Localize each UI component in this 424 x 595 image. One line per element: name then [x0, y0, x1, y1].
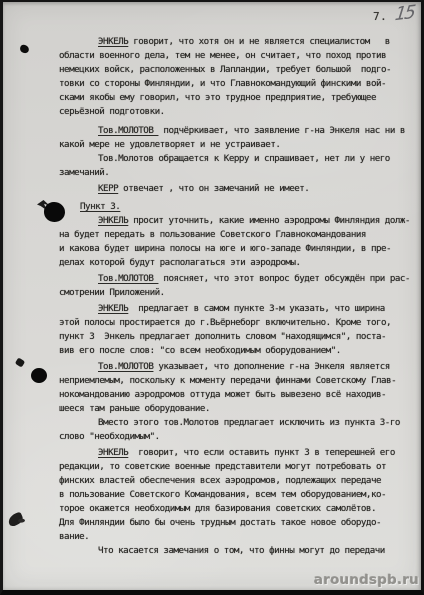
speaker-name: ЭНКЕЛЬ	[98, 215, 128, 226]
speaker-name: ЭНКЕЛЬ	[98, 36, 128, 47]
speaker-name: ЭНКЕЛЬ	[98, 303, 128, 314]
watermark: aroundspb.ru	[314, 572, 419, 588]
paragraph: КЕРР отвечает , что он замечаний не имее…	[59, 182, 413, 196]
paragraph: ЭНКЕЛЬ говорит, что хотя он и не являетс…	[59, 35, 413, 119]
speaker-name: Тов.МОЛОТОВ	[98, 273, 158, 284]
text-run: говорит, что хотя он и не является специ…	[59, 36, 391, 117]
paragraph: Тов.МОЛОТОВ поясняет, что этот вопрос бу…	[59, 272, 413, 300]
speaker-name: Тов.МОЛОТОВ	[98, 125, 158, 136]
text-run: отвечает , что он замечаний не имеет.	[118, 183, 309, 194]
ink-spot	[44, 202, 65, 222]
paragraph: Тов.МОЛОТОВ указывает, что дополнение г-…	[59, 360, 413, 416]
paragraph: ЭНКЕЛЬ говорит, что если оставить пункт …	[59, 446, 413, 544]
text-run: Вместо этого тов.Молотов предлагает искл…	[59, 417, 400, 442]
speaker-name: Тов.МОЛОТОВ	[98, 361, 153, 372]
handwritten-note: 15	[394, 2, 415, 26]
document-body: ЭНКЕЛЬ говорит, что хотя он и не являетс…	[59, 35, 413, 558]
ink-spot	[15, 357, 25, 367]
text-run: Тов.Молотов обращается к Керру и спрашив…	[59, 153, 390, 178]
ink-spot	[31, 368, 47, 383]
text-run: говорит, что если оставить пункт 3 в теп…	[59, 447, 395, 542]
ink-spot	[6, 511, 24, 527]
scanned-document-page: 7. 15 ЭНКЕЛЬ говорит, что хотя он и не я…	[0, 0, 424, 595]
speaker-name: КЕРР	[98, 183, 118, 194]
paragraph: Тов.Молотов обращается к Керру и спрашив…	[59, 152, 413, 180]
paragraph: Вместо этого тов.Молотов предлагает искл…	[59, 416, 413, 444]
paragraph: ЭНКЕЛЬ предлагает в самом пункте 3-м ука…	[59, 302, 413, 358]
section-heading: Пункт 3.	[80, 200, 413, 214]
speaker-name: Пункт 3.	[80, 201, 120, 212]
speaker-name: ЭНКЕЛЬ	[98, 447, 128, 458]
ink-spot	[19, 44, 30, 54]
paragraph: Тов.МОЛОТОВ подчёркивает, что заявление …	[59, 124, 413, 152]
paragraph: Что касается замечания о том, что финны …	[59, 544, 413, 558]
page-number: 7.	[373, 10, 387, 23]
paragraph: ЭНКЕЛЬ просит уточнить, какие именно аэр…	[59, 214, 413, 270]
text-run: Что касается замечания о том, что финны …	[98, 545, 385, 556]
